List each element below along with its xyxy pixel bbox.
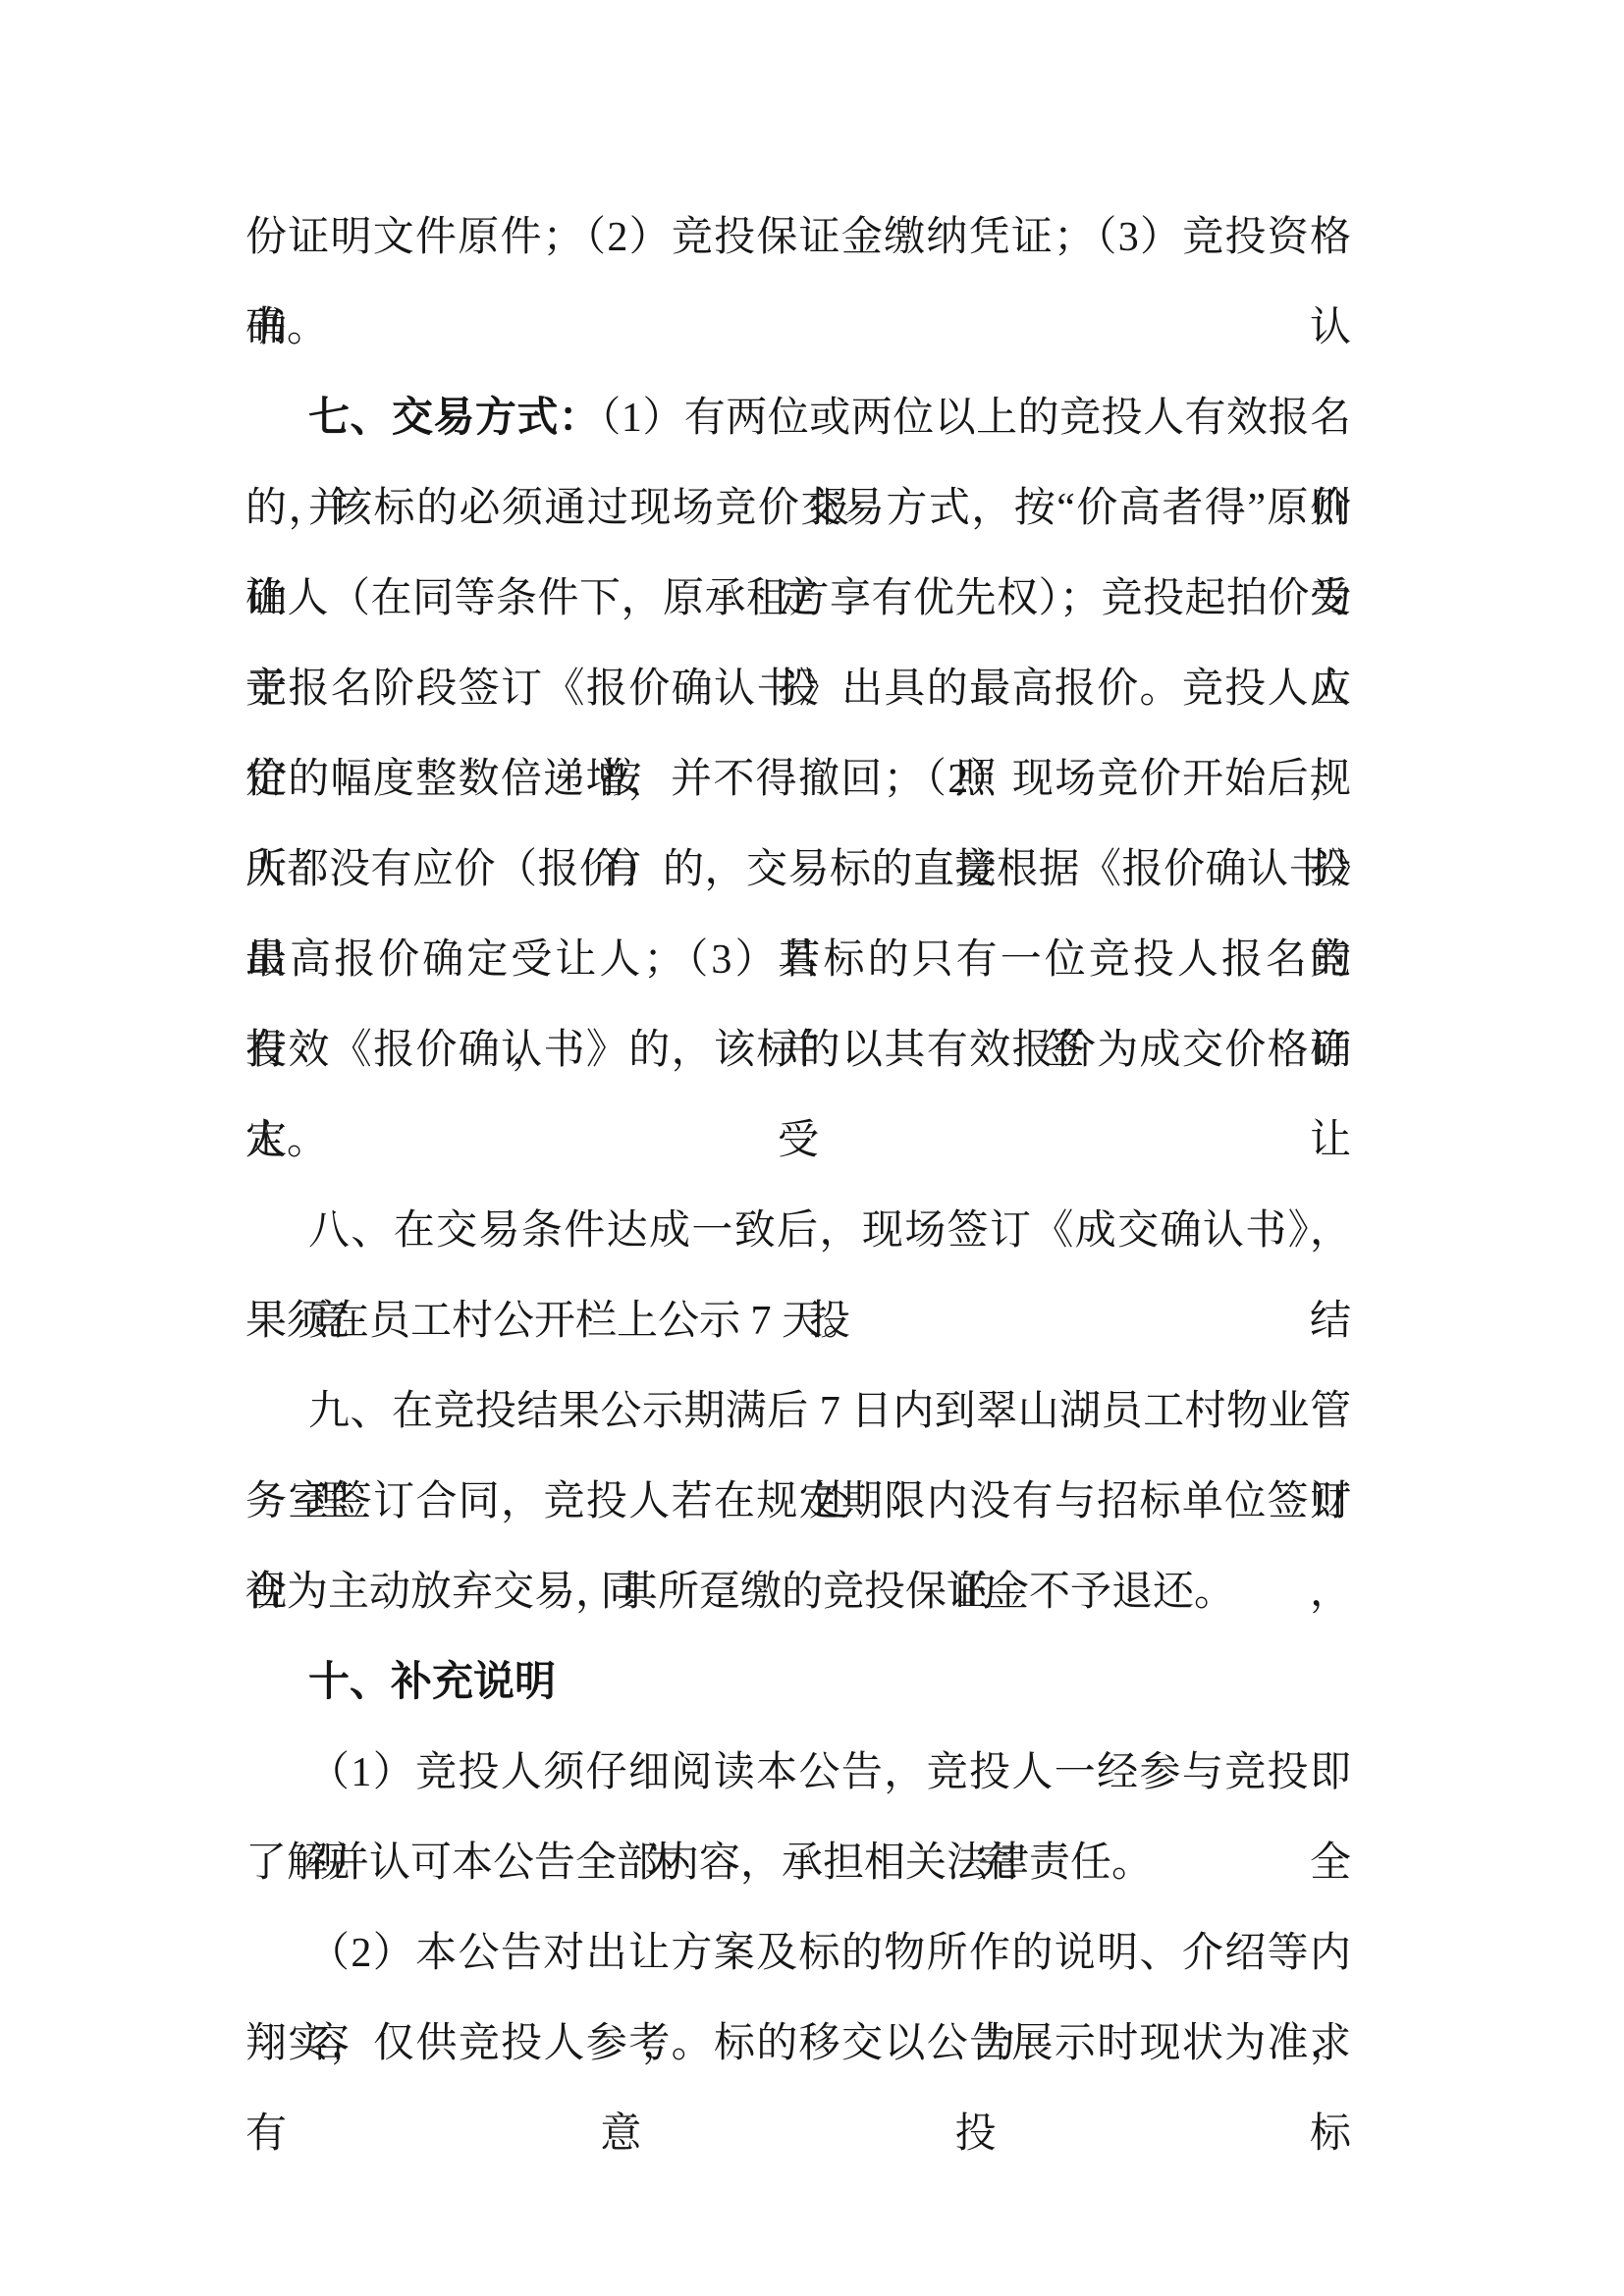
doc-line-note-1: （1）竞投人须仔细阅读本公告，竞投人一经参与竞投即视为完全 bbox=[245, 1728, 1351, 1818]
doc-line: 视为主动放弃交易，其所趸缴的竞投保证金不予退还。 bbox=[245, 1547, 1351, 1637]
doc-line-note-2: （2）本公告对出让方案及标的物所作的说明、介绍等内容，力求 bbox=[245, 1908, 1351, 1999]
doc-line: 最高报价确定受让人；（3）若标的只有一位竞投人报名竞投，并签订 bbox=[245, 915, 1351, 1005]
doc-line: 的，该标的必须通过现场竞价交易方式，按“价高者得”原则确定受 bbox=[245, 463, 1351, 554]
document-text-block: 份证明文件原件；（2）竞投保证金缴纳凭证；（3）竞投资格确认 书。 七、交易方式… bbox=[245, 192, 1351, 2089]
doc-line-section-9: 九、在竞投结果公示期满后 7 日内到翠山湖员工村物业管理处财 bbox=[245, 1366, 1351, 1457]
doc-line: 定的幅度整数倍递增，并不得撤回；（2）现场竞价开始后，所有竞投 bbox=[245, 734, 1351, 825]
section-heading-trade-method: 七、交易方式： bbox=[308, 396, 600, 441]
doc-line: 份证明文件原件；（2）竞投保证金缴纳凭证；（3）竞投资格确认 bbox=[245, 192, 1351, 283]
doc-line: 有效《报价确认书》的，该标的以其有效报价为成交价格确定受让 bbox=[245, 1005, 1351, 1095]
document-page: 份证明文件原件；（2）竞投保证金缴纳凭证；（3）竞投资格确认 书。 七、交易方式… bbox=[0, 0, 1624, 2296]
doc-line: 让人（在同等条件下，原承租方享有优先权）；竞投起拍价为竞投人 bbox=[245, 554, 1351, 644]
doc-line: 七、交易方式：（1）有两位或两位以上的竞投人有效报名并报价 bbox=[245, 373, 1351, 463]
doc-line: 人都没有应价（报价）的，交易标的直接根据《报价确认书》出具的 bbox=[245, 825, 1351, 915]
doc-line-section-8: 八、在交易条件达成一致后，现场签订《成交确认书》，竞投结 bbox=[245, 1186, 1351, 1276]
doc-line: 于报名阶段签订《报价确认书》出具的最高报价。竞投人应价按照规 bbox=[245, 644, 1351, 734]
doc-line: 务室签订合同，竞投人若在规定期限内没有与招标单位签订合同的， bbox=[245, 1457, 1351, 1547]
section-heading-supplementary-notes: 十、补充说明 bbox=[245, 1637, 1351, 1728]
doc-line: 翔实，仅供竞投人参考。标的移交以公告展示时现状为准，有意投标 bbox=[245, 1999, 1351, 2089]
